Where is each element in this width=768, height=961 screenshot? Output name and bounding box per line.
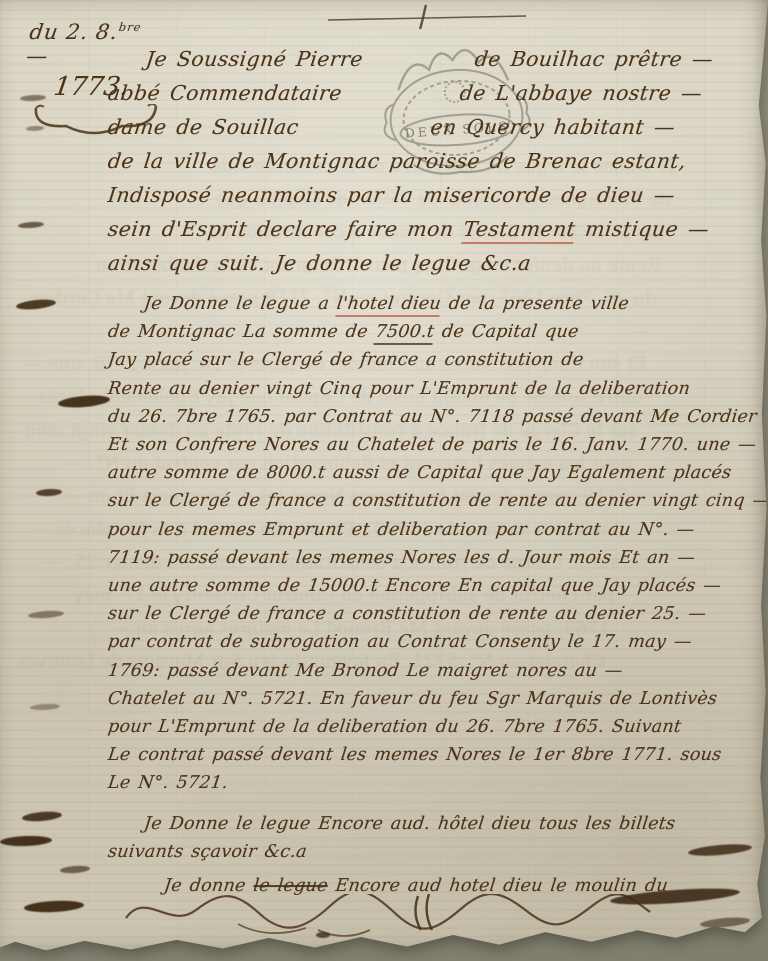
manuscript-line: Le N°. 5721. bbox=[106, 769, 755, 797]
line-segment: en Quercy habitant — bbox=[429, 115, 676, 139]
line-segment: pour L'Emprunt de la deliberation du 26.… bbox=[107, 717, 683, 737]
manuscript-line: autre somme de 8000.t aussi de Capital q… bbox=[106, 459, 755, 487]
line-segment: dame de Souillac bbox=[107, 115, 301, 139]
manuscript-line: Je Donne le legue Encore aud. hôtel dieu… bbox=[142, 810, 755, 838]
manuscript-line: sur le Clergé de france a constitution d… bbox=[106, 487, 755, 515]
manuscript-line: pour les memes Emprunt et deliberation p… bbox=[106, 516, 755, 544]
line-segment: Rente au denier vingt Cinq pour L'Emprun… bbox=[107, 379, 691, 399]
manuscript-lines: Je Soussigné Pierrede Bouilhac prêtre —a… bbox=[108, 42, 754, 900]
manuscript-photo: Je Donne le legue a l'hotel dieu de la p… bbox=[0, 0, 768, 961]
manuscript-line: de Montignac La somme de 7500.t de Capit… bbox=[106, 318, 755, 346]
line-segment: l'hotel dieu bbox=[335, 294, 442, 317]
manuscript-line: dame de Souillacen Quercy habitant — bbox=[106, 110, 756, 144]
line-segment: sur le Clergé de france a constitution d… bbox=[107, 604, 707, 624]
manuscript-line: du 26. 7bre 1765. par Contrat au N°. 711… bbox=[106, 403, 755, 431]
manuscript-line: Indisposé neanmoins par la misericorde d… bbox=[106, 178, 756, 212]
manuscript-line: de la ville de Montignac paroisse de Bre… bbox=[106, 144, 756, 178]
line-segment: du 26. 7bre 1765. par Contrat au N°. 711… bbox=[107, 407, 768, 427]
line-segment: Je Donne le legue a bbox=[143, 294, 338, 314]
line-segment: Je Donne le legue Encore aud. hôtel dieu… bbox=[143, 814, 677, 834]
manuscript-line: Rente au denier vingt Cinq pour L'Emprun… bbox=[106, 375, 755, 403]
ink-blot bbox=[0, 835, 52, 847]
line-segment: Chatelet au N°. 5721. En faveur du feu S… bbox=[107, 689, 719, 709]
manuscript-line: sein d'Esprit declare faire mon Testamen… bbox=[106, 212, 756, 246]
line-segment: de Capital que bbox=[433, 322, 580, 342]
manuscript-line: abbé Commendatairede L'abbaye nostre — bbox=[106, 76, 756, 110]
manuscript-line: Et son Confrere Nores au Chatelet de par… bbox=[106, 431, 755, 459]
ink-blot bbox=[28, 610, 64, 619]
line-segment: Indisposé neanmoins par la misericorde d… bbox=[107, 183, 677, 207]
page-number-mark bbox=[322, 2, 532, 32]
ink-blot bbox=[316, 932, 330, 938]
line-segment: autre somme de 8000.t aussi de Capital q… bbox=[107, 463, 733, 483]
manuscript-line: Chatelet au N°. 5721. En faveur du feu S… bbox=[106, 685, 755, 713]
line-segment: Le N°. 5721. bbox=[107, 773, 229, 793]
paper-wrap: Je Donne le legue a l'hotel dieu de la p… bbox=[0, 0, 768, 961]
manuscript-line: sur le Clergé de france a constitution d… bbox=[106, 600, 755, 628]
line-segment: Le contrat passé devant les memes Nores … bbox=[107, 745, 723, 765]
line-segment: 1769: passé devant Me Bronod Le maigret … bbox=[107, 661, 624, 681]
line-segment: Testament bbox=[462, 217, 577, 244]
line-segment: mistique — bbox=[574, 217, 711, 241]
line-segment: suivants sçavoir &c.a bbox=[107, 842, 308, 862]
line-segment: Jay placé sur le Clergé de france a cons… bbox=[107, 350, 585, 370]
line-segment: 7500.t bbox=[374, 322, 435, 345]
line-segment: par contrat de subrogation au Contrat Co… bbox=[107, 632, 693, 652]
manuscript-line: suivants sçavoir &c.a bbox=[106, 838, 755, 866]
line-segment: abbé Commendataire bbox=[107, 81, 344, 105]
line-segment: Je Soussigné Pierre bbox=[145, 47, 365, 71]
ink-blot bbox=[700, 916, 751, 929]
line-segment: de L'abbaye nostre — bbox=[458, 81, 703, 105]
manuscript-line: ainsi que suit. Je donne le legue &c.a bbox=[106, 246, 756, 280]
paper-sheet: Je Donne le legue a l'hotel dieu de la p… bbox=[0, 0, 768, 961]
line-segment: Et son Confrere Nores au Chatelet de par… bbox=[107, 435, 757, 455]
line-segment: 7119: passé devant les memes Nores les d… bbox=[107, 548, 696, 568]
line-segment: une autre somme de 15000.t Encore En cap… bbox=[107, 576, 722, 596]
ink-blot bbox=[24, 899, 84, 913]
manuscript-line: 7119: passé devant les memes Nores les d… bbox=[106, 544, 755, 572]
manuscript-line: une autre somme de 15000.t Encore En cap… bbox=[106, 572, 755, 600]
manuscript-line: Jay placé sur le Clergé de france a cons… bbox=[106, 346, 755, 374]
ink-blot bbox=[22, 810, 63, 822]
manuscript-line: Je Donne le legue a l'hotel dieu de la p… bbox=[142, 290, 755, 318]
line-segment: de la presente ville bbox=[440, 294, 630, 314]
ink-blot bbox=[60, 865, 90, 874]
manuscript-line: pour L'Emprunt de la deliberation du 26.… bbox=[106, 713, 755, 741]
line-segment: de Montignac La somme de bbox=[107, 322, 377, 342]
manuscript-line: Le contrat passé devant les memes Nores … bbox=[106, 741, 755, 769]
line-segment: sein d'Esprit declare faire mon bbox=[107, 217, 465, 241]
manuscript-line: 1769: passé devant Me Bronod Le maigret … bbox=[106, 657, 755, 685]
date-superscript: bre bbox=[118, 20, 143, 34]
manuscript-line: Je Soussigné Pierrede Bouilhac prêtre — bbox=[144, 42, 756, 76]
manuscript-line: par contrat de subrogation au Contrat Co… bbox=[106, 628, 755, 656]
bottom-flourish-icon bbox=[118, 894, 678, 938]
line-segment: de la ville de Montignac paroisse de Bre… bbox=[107, 149, 688, 173]
line-segment: pour les memes Emprunt et deliberation p… bbox=[107, 520, 696, 540]
ink-blot bbox=[18, 221, 44, 229]
ink-blot bbox=[30, 703, 60, 711]
line-segment: de Bouilhac prêtre — bbox=[473, 47, 714, 71]
line-segment: sur le Clergé de france a constitution d… bbox=[107, 491, 768, 511]
ink-blot bbox=[16, 298, 57, 311]
ink-blot bbox=[36, 488, 62, 496]
ink-blot bbox=[58, 394, 111, 409]
line-segment: ainsi que suit. Je donne le legue &c.a bbox=[107, 251, 533, 275]
